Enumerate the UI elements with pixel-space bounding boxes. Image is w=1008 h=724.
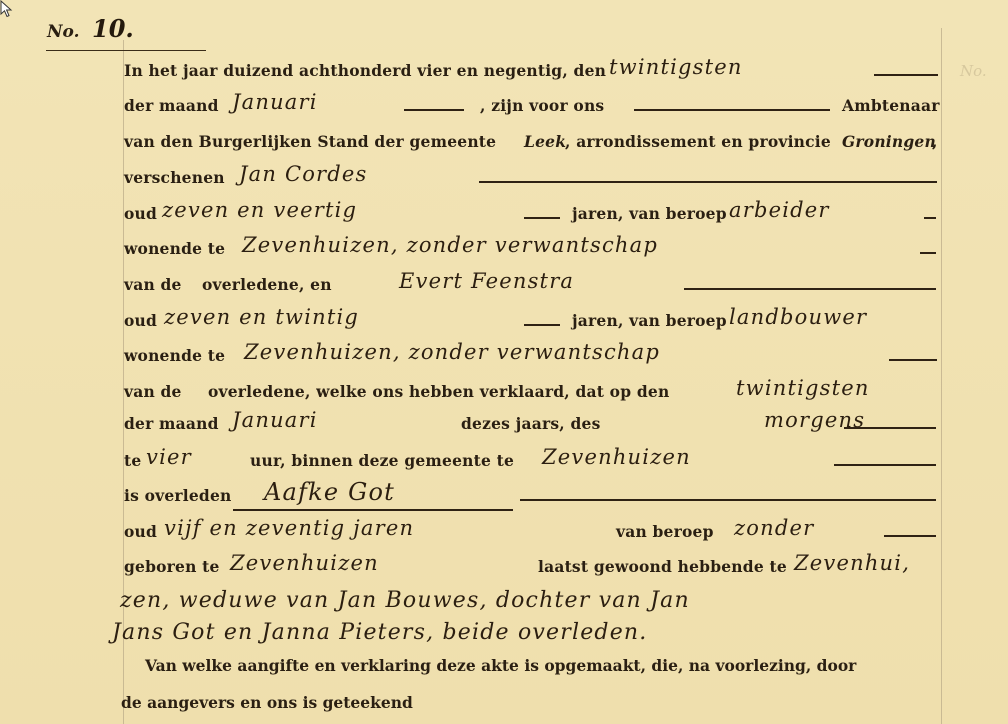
handwritten-age: zeven en twintig [164,302,359,332]
printed-text: wonende te [124,234,225,264]
row-municipality: van den Burgerlijken Stand der gemeente … [124,127,942,157]
printed-text: verschenen [124,163,225,193]
printed-text: , [932,127,938,157]
row-deceased-age: oud vijf en zeventig jaren van beroep zo… [124,517,942,547]
fill-line [924,217,936,219]
municipality-name: Leek [524,127,566,157]
record-number-value: 10. [92,14,134,43]
printed-text: wonende te [124,341,225,371]
row-month-official: der maand Januari , zijn voor ons Ambten… [124,91,942,121]
handwritten-day: twintigsten [609,52,743,82]
row-informant-2-age: oud zeven en twintig jaren, van beroep l… [124,306,942,336]
fill-line [834,464,936,466]
printed-text: oud [124,306,157,336]
handwritten-informant-1: Jan Cordes [239,159,368,189]
fill-line [920,252,936,254]
printed-text: , arrondissement en provincie [565,127,831,157]
row-birthplace: geboren te Zevenhuizen laatst gewoond he… [124,552,942,582]
printed-text: te [124,446,141,476]
closing-statement-line-2: de aangevers en ons is geteekend [121,693,413,712]
province-name: Groningen [842,127,936,157]
deceased-name-underline [233,509,513,511]
fill-line [524,217,560,219]
handwritten-informant-2: Evert Feenstra [399,266,574,296]
fill-line [524,324,560,326]
printed-text: der maand [124,409,219,439]
handwritten-parents: Jans Got en Janna Pieters, beide overled… [112,618,647,648]
handwritten-deceased-name: Aafke Got [264,477,395,507]
printed-text: der maand [124,91,219,121]
fill-line [884,535,936,537]
row-informant-2-residence: wonende te Zevenhuizen, zonder verwantsc… [124,341,942,371]
row-death-hour-place: te vier uur, binnen deze gemeente te Zev… [124,446,942,476]
mouse-cursor-icon [0,0,14,18]
printed-text: uur, binnen deze gemeente te [250,446,514,476]
printed-text: van de [124,377,182,407]
handwritten-residence: Zevenhuizen, zonder verwantschap [242,230,658,260]
record-number-label: No. [47,22,80,42]
handwritten-month: Januari [232,87,318,117]
printed-text: van den Burgerlijken Stand der gemeente [124,127,496,157]
fill-line [404,109,464,111]
fill-line [520,499,936,501]
handwritten-occupation: zonder [734,513,814,543]
printed-text: , zijn voor ons [480,91,604,121]
handwritten-death-place: Zevenhuizen [542,442,691,472]
handwritten-time-of-day: morgens [764,405,865,435]
fill-line [874,74,938,76]
handwritten-age: vijf en zeventig jaren [164,513,414,543]
row-deceased: is overleden Aafke Got [124,481,942,511]
printed-text: dezes jaars, des [461,409,601,439]
printed-text: oud [124,199,157,229]
printed-text: van de [124,270,182,300]
handwritten-spouse-parents: zen, weduwe van Jan Bouwes, dochter van … [120,586,690,616]
row-declaration: van de overledene, welke ons hebben verk… [124,377,942,407]
row-date-day: In het jaar duizend achthonderd vier en … [124,56,942,86]
row-informant-1-age: oud zeven en veertig jaren, van beroep a… [124,199,942,229]
printed-text: geboren te [124,552,220,582]
fill-line [844,427,936,429]
fill-line [634,109,830,111]
handwritten-death-day: twintigsten [736,373,870,403]
printed-text: is overleden [124,481,232,511]
bleed-through-number: No. [960,62,987,80]
row-widow-of: zen, weduwe van Jan Bouwes, dochter van … [120,590,938,620]
row-death-month: der maand Januari dezes jaars, des morge… [124,409,942,439]
printed-text: jaren, van beroep [572,306,727,336]
printed-text: overledene, en [202,270,332,300]
printed-text: van beroep [616,517,714,547]
row-informant-2: van de overledene, en Evert Feenstra [124,270,942,300]
printed-text: Ambtenaar [842,91,940,121]
fill-line [684,288,936,290]
handwritten-occupation: landbouwer [729,302,867,332]
fill-line [889,359,937,361]
printed-text: overledene, welke ons hebben verklaard, … [208,377,669,407]
handwritten-age: zeven en veertig [162,195,357,225]
printed-text: laatst gewoond hebbende te [538,552,787,582]
printed-text: oud [124,517,157,547]
fill-line [479,181,937,183]
printed-text: In het jaar duizend achthonderd vier en … [124,56,606,86]
civil-record-page: No. No. 10. In het jaar duizend achthond… [0,0,1008,724]
closing-statement-line-1: Van welke aangifte en verklaring deze ak… [145,656,856,675]
row-parents: Jans Got en Janna Pieters, beide overled… [112,622,930,652]
row-appeared: verschenen Jan Cordes [124,163,942,193]
handwritten-residence: Zevenhuizen, zonder verwantschap [244,337,660,367]
handwritten-birthplace: Zevenhuizen [230,548,379,578]
handwritten-month: Januari [232,405,318,435]
row-informant-1-residence: wonende te Zevenhuizen, zonder verwantsc… [124,234,942,264]
handwritten-occupation: arbeider [729,195,830,225]
handwritten-hour: vier [146,442,192,472]
handwritten-last-residence: Zevenhui, [794,548,910,578]
printed-text: jaren, van beroep [572,199,727,229]
